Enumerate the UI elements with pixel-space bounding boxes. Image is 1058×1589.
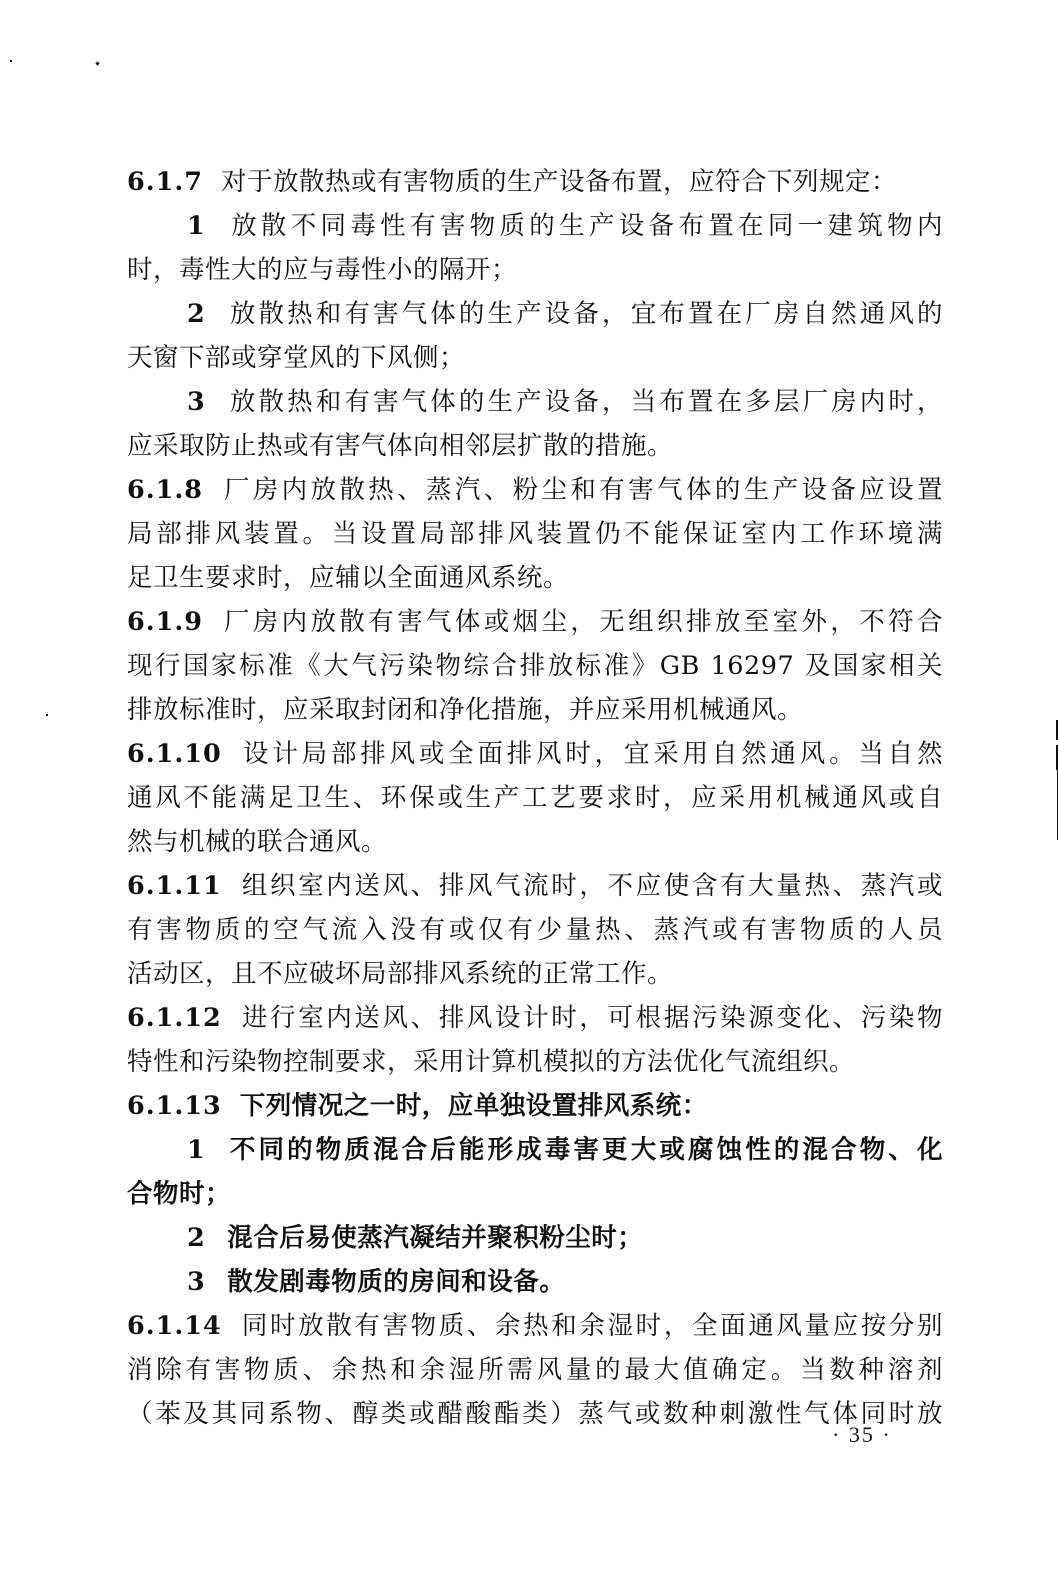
- clause-6-1-8-cont: 足卫生要求时，应辅以全面通风系统。: [127, 556, 943, 600]
- clause-number: 6.1.7: [127, 167, 203, 197]
- clause-6-1-7-item-3: 3放散热和有害气体的生产设备，当布置在多层厂房内时，: [127, 380, 943, 424]
- clause-6-1-11: 6.1.11组织室内送风、排风气流时，不应使含有大量热、蒸汽或: [127, 864, 943, 908]
- clause-text: 对于放散热或有害物质的生产设备布置，应符合下列规定：: [221, 167, 897, 197]
- clause-text: 然与机械的联合通风。: [127, 827, 387, 857]
- clause-6-1-10-cont: 通风不能满足卫生、环保或生产工艺要求时，应采用机械通风或自: [127, 776, 943, 820]
- clause-6-1-13-item-2: 2混合后易使蒸汽凝结并聚积粉尘时；: [127, 1216, 943, 1260]
- scan-speck: [10, 60, 12, 62]
- item-text: 合物时；: [127, 1179, 231, 1209]
- clause-6-1-11-cont: 活动区，且不应破坏局部排风系统的正常工作。: [127, 952, 943, 996]
- clause-number: 6.1.9: [127, 607, 203, 637]
- clause-6-1-8-cont: 局部排风装置。当设置局部排风装置仍不能保证室内工作环境满: [127, 512, 943, 556]
- clause-6-1-11-cont: 有害物质的空气流入没有或仅有少量热、蒸汽或有害物质的人员: [127, 908, 943, 952]
- clause-text: 活动区，且不应破坏局部排风系统的正常工作。: [127, 959, 673, 989]
- item-text: 放散热和有害气体的生产设备，宜布置在厂房自然通风的: [227, 299, 943, 329]
- clause-6-1-13-heading: 6.1.13下列情况之一时，应单独设置排风系统：: [127, 1084, 943, 1128]
- clause-text: 排放标准时，应采取封闭和净化措施，并应采用机械通风。: [127, 695, 803, 725]
- clause-text: 局部排风装置。当设置局部排风装置仍不能保证室内工作环境满: [127, 519, 943, 549]
- clause-6-1-14: 6.1.14同时放散有害物质、余热和余湿时，全面通风量应按分别: [127, 1304, 943, 1348]
- page-number: · 35 ·: [832, 1422, 892, 1448]
- clause-6-1-14-cont: （苯及其同系物、醇类或醋酸酯类）蒸气或数种刺激性气体同时放: [127, 1392, 943, 1436]
- clause-number: 6.1.12: [127, 1003, 222, 1033]
- scan-speck: [95, 61, 99, 65]
- item-text: 应采取防止热或有害气体向相邻层扩散的措施。: [127, 431, 673, 461]
- clause-text: （苯及其同系物、醇类或醋酸酯类）蒸气或数种刺激性气体同时放: [127, 1399, 943, 1429]
- item-text: 放散热和有害气体的生产设备，当布置在多层厂房内时，: [227, 387, 943, 417]
- clause-text: 厂房内放散热、蒸汽、粉尘和有害气体的生产设备应设置: [221, 475, 943, 505]
- item-number: 2: [187, 299, 205, 329]
- clause-text: 下列情况之一时，应单独设置排风系统：: [240, 1091, 708, 1121]
- clause-6-1-10: 6.1.10设计局部排风或全面排风时，宜采用自然通风。当自然: [127, 732, 943, 776]
- clause-text: 进行室内送风、排风设计时，可根据污染源变化、污染物: [240, 1003, 943, 1033]
- clause-6-1-9-cont: 现行国家标准《大气污染物综合排放标准》GB 16297 及国家相关: [127, 644, 943, 688]
- item-text: 放散不同毒性有害物质的生产设备布置在同一建筑物内: [227, 211, 943, 241]
- clause-6-1-13-item-3: 3散发剧毒物质的房间和设备。: [127, 1260, 943, 1304]
- clause-6-1-13-item-1: 1不同的物质混合后能形成毒害更大或腐蚀性的混合物、化: [127, 1128, 943, 1172]
- clause-6-1-7-item-2-cont: 天窗下部或穿堂风的下风侧；: [127, 336, 943, 380]
- clause-number: 6.1.10: [127, 739, 222, 769]
- clause-6-1-13-item-1-cont: 合物时；: [127, 1172, 943, 1216]
- clause-6-1-7-heading: 6.1.7对于放散热或有害物质的生产设备布置，应符合下列规定：: [127, 160, 943, 204]
- item-number: 2: [187, 1223, 205, 1253]
- clause-6-1-12-cont: 特性和污染物控制要求，采用计算机模拟的方法优化气流组织。: [127, 1040, 943, 1084]
- clause-6-1-9-cont: 排放标准时，应采取封闭和净化措施，并应采用机械通风。: [127, 688, 943, 732]
- clause-text: 厂房内放散有害气体或烟尘，无组织排放至室外，不符合: [221, 607, 943, 637]
- item-text: 时，毒性大的应与毒性小的隔开；: [127, 255, 517, 285]
- item-number: 3: [187, 387, 205, 417]
- clause-6-1-14-cont: 消除有害物质、余热和余湿所需风量的最大值确定。当数种溶剂: [127, 1348, 943, 1392]
- clause-text: 设计局部排风或全面排风时，宜采用自然通风。当自然: [240, 739, 943, 769]
- clause-6-1-8: 6.1.8厂房内放散热、蒸汽、粉尘和有害气体的生产设备应设置: [127, 468, 943, 512]
- clause-text: 有害物质的空气流入没有或仅有少量热、蒸汽或有害物质的人员: [127, 915, 943, 945]
- item-text: 不同的物质混合后能形成毒害更大或腐蚀性的混合物、化: [227, 1135, 943, 1165]
- clause-6-1-7-item-2: 2放散热和有害气体的生产设备，宜布置在厂房自然通风的: [127, 292, 943, 336]
- clause-6-1-12: 6.1.12进行室内送风、排风设计时，可根据污染源变化、污染物: [127, 996, 943, 1040]
- clause-6-1-7-item-1-cont: 时，毒性大的应与毒性小的隔开；: [127, 248, 943, 292]
- scan-speck: [46, 714, 48, 716]
- clause-6-1-9: 6.1.9厂房内放散有害气体或烟尘，无组织排放至室外，不符合: [127, 600, 943, 644]
- item-number: 1: [187, 1135, 205, 1165]
- clause-text: 通风不能满足卫生、环保或生产工艺要求时，应采用机械通风或自: [127, 783, 943, 813]
- clause-number: 6.1.14: [127, 1311, 222, 1341]
- item-text: 散发剧毒物质的房间和设备。: [227, 1267, 565, 1297]
- item-text: 天窗下部或穿堂风的下风侧；: [127, 343, 465, 373]
- clause-6-1-7-item-1: 1放散不同毒性有害物质的生产设备布置在同一建筑物内: [127, 204, 943, 248]
- clause-text: 特性和污染物控制要求，采用计算机模拟的方法优化气流组织。: [127, 1047, 855, 1077]
- clause-6-1-10-cont: 然与机械的联合通风。: [127, 820, 943, 864]
- clause-text: 现行国家标准《大气污染物综合排放标准》GB 16297 及国家相关: [127, 651, 943, 681]
- clause-text: 组织室内送风、排风气流时，不应使含有大量热、蒸汽或: [240, 871, 943, 901]
- item-number: 1: [187, 211, 205, 241]
- clause-text: 消除有害物质、余热和余湿所需风量的最大值确定。当数种溶剂: [127, 1355, 943, 1385]
- clause-number: 6.1.8: [127, 475, 203, 505]
- clause-number: 6.1.11: [127, 871, 222, 901]
- clause-6-1-7-item-3-cont: 应采取防止热或有害气体向相邻层扩散的措施。: [127, 424, 943, 468]
- item-number: 3: [187, 1267, 205, 1297]
- clause-text: 足卫生要求时，应辅以全面通风系统。: [127, 563, 569, 593]
- item-text: 混合后易使蒸汽凝结并聚积粉尘时；: [227, 1223, 643, 1253]
- clause-text: 同时放散有害物质、余热和余湿时，全面通风量应按分别: [240, 1311, 943, 1341]
- clause-number: 6.1.13: [127, 1091, 222, 1121]
